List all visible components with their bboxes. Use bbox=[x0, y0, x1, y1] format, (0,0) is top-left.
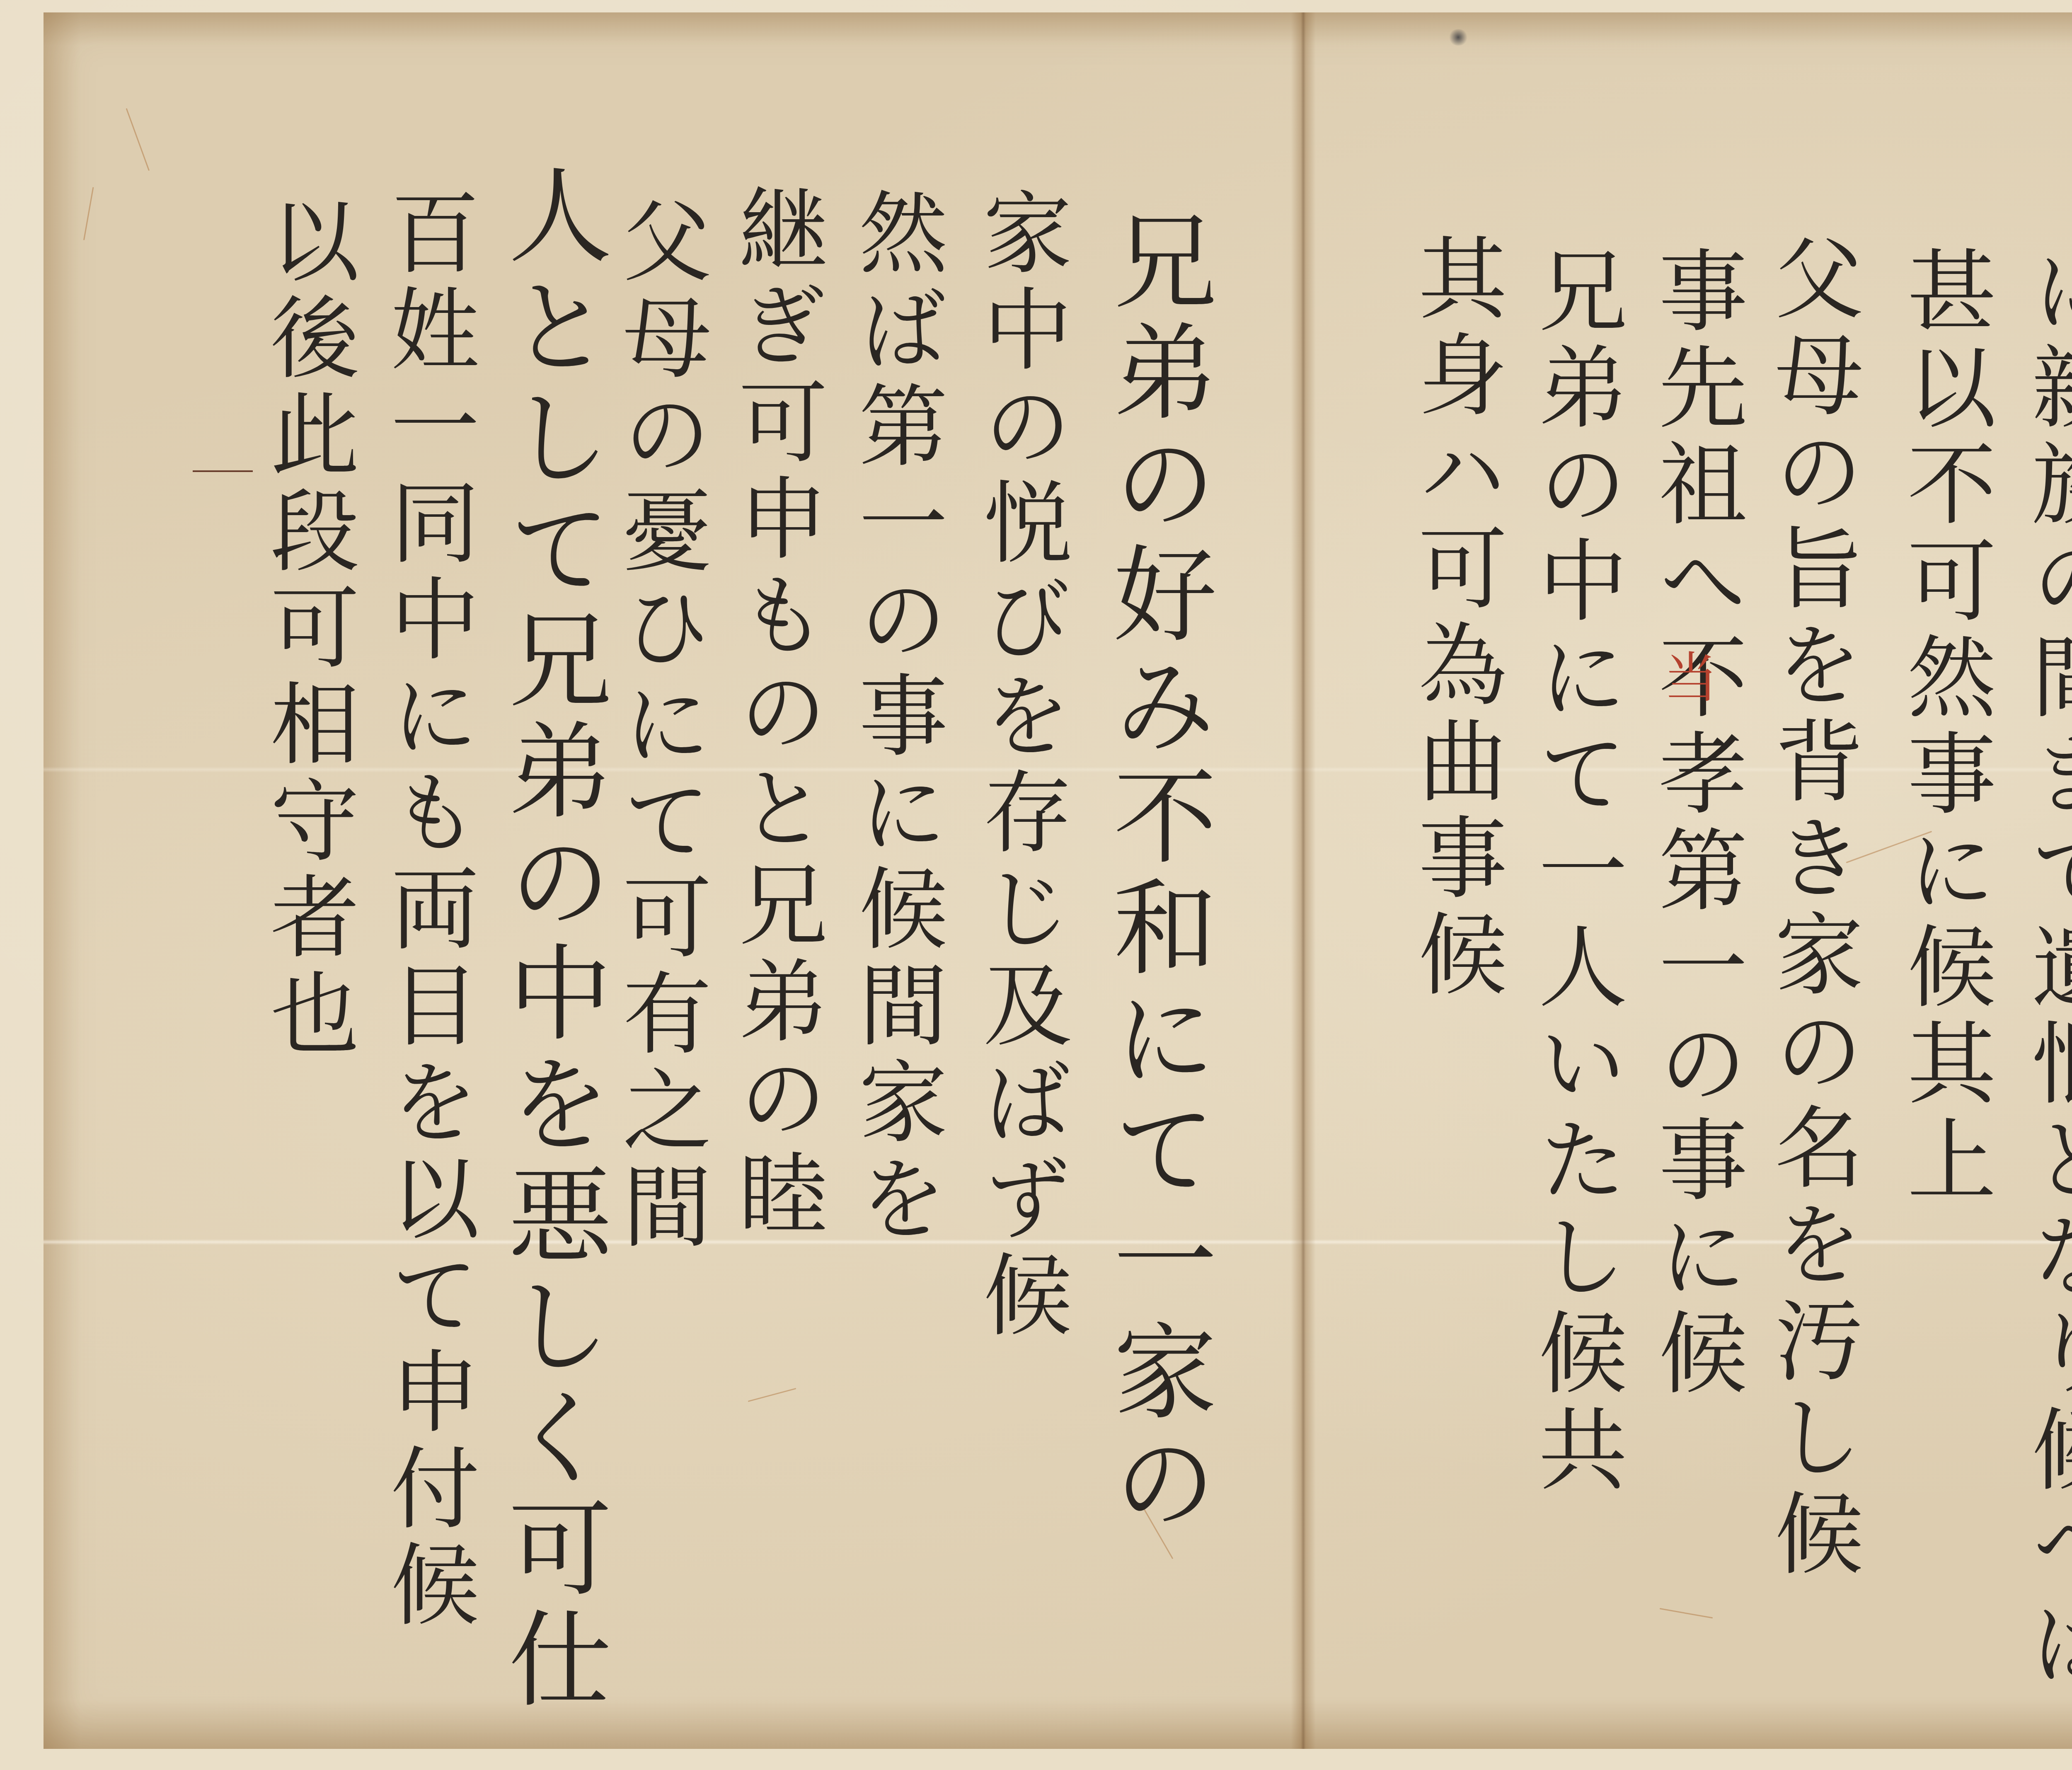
text-column-r4: 甚以不可然事に候其上 bbox=[1900, 245, 1989, 1210]
red-inline-mark: 当 bbox=[1664, 651, 1718, 705]
margin-mark bbox=[193, 470, 253, 472]
manuscript-sheet: 102 2-99 陵 波伊統こ三こん 兄弟不和にて成敗仕候 事ハ兄弟共に骨肉の親… bbox=[44, 12, 2072, 1749]
text-column-l5: 父母の憂ひにて可有之間 bbox=[615, 195, 704, 1257]
text-column-l8: 以後此段可相守者也 bbox=[263, 195, 352, 1064]
right-page: 陵 波伊統こ三こん 兄弟不和にて成敗仕候 事ハ兄弟共に骨肉の親にて候所 に親族の… bbox=[1312, 12, 2072, 1749]
text-column-l1: 兄弟の好み不和にて一家の bbox=[1104, 207, 1208, 1540]
text-column-l6: 人として兄弟の中を悪しく可仕 bbox=[499, 162, 603, 1717]
text-column-r6: 事先祖へ不孝第一の事に候 bbox=[1651, 245, 1740, 1403]
text-column-r3: に親族の間まで遺恨となり候へば bbox=[2024, 245, 2072, 1693]
text-column-l4: 継ぎ可申ものと兄弟の睦 bbox=[731, 182, 821, 1245]
text-column-l2: 家中の悦びを存じ及ばず候 bbox=[976, 186, 1065, 1345]
text-column-l7: 百姓一同中にも両目を以て申付候 bbox=[383, 186, 472, 1635]
text-column-r5: 父母の旨を背き家の名を汚し候 bbox=[1767, 232, 1857, 1584]
text-column-r8: 其身ハ可為曲事候 bbox=[1411, 232, 1500, 1005]
text-column-r7: 兄弟の中にて一人いたし候共 bbox=[1531, 245, 1620, 1500]
text-column-l3: 然ば第一の事に候間家を bbox=[852, 186, 941, 1249]
left-page: 兄弟の好み不和にて一家の 家中の悦びを存じ及ばず候 然ば第一の事に候間家を 継ぎ… bbox=[44, 12, 1295, 1749]
